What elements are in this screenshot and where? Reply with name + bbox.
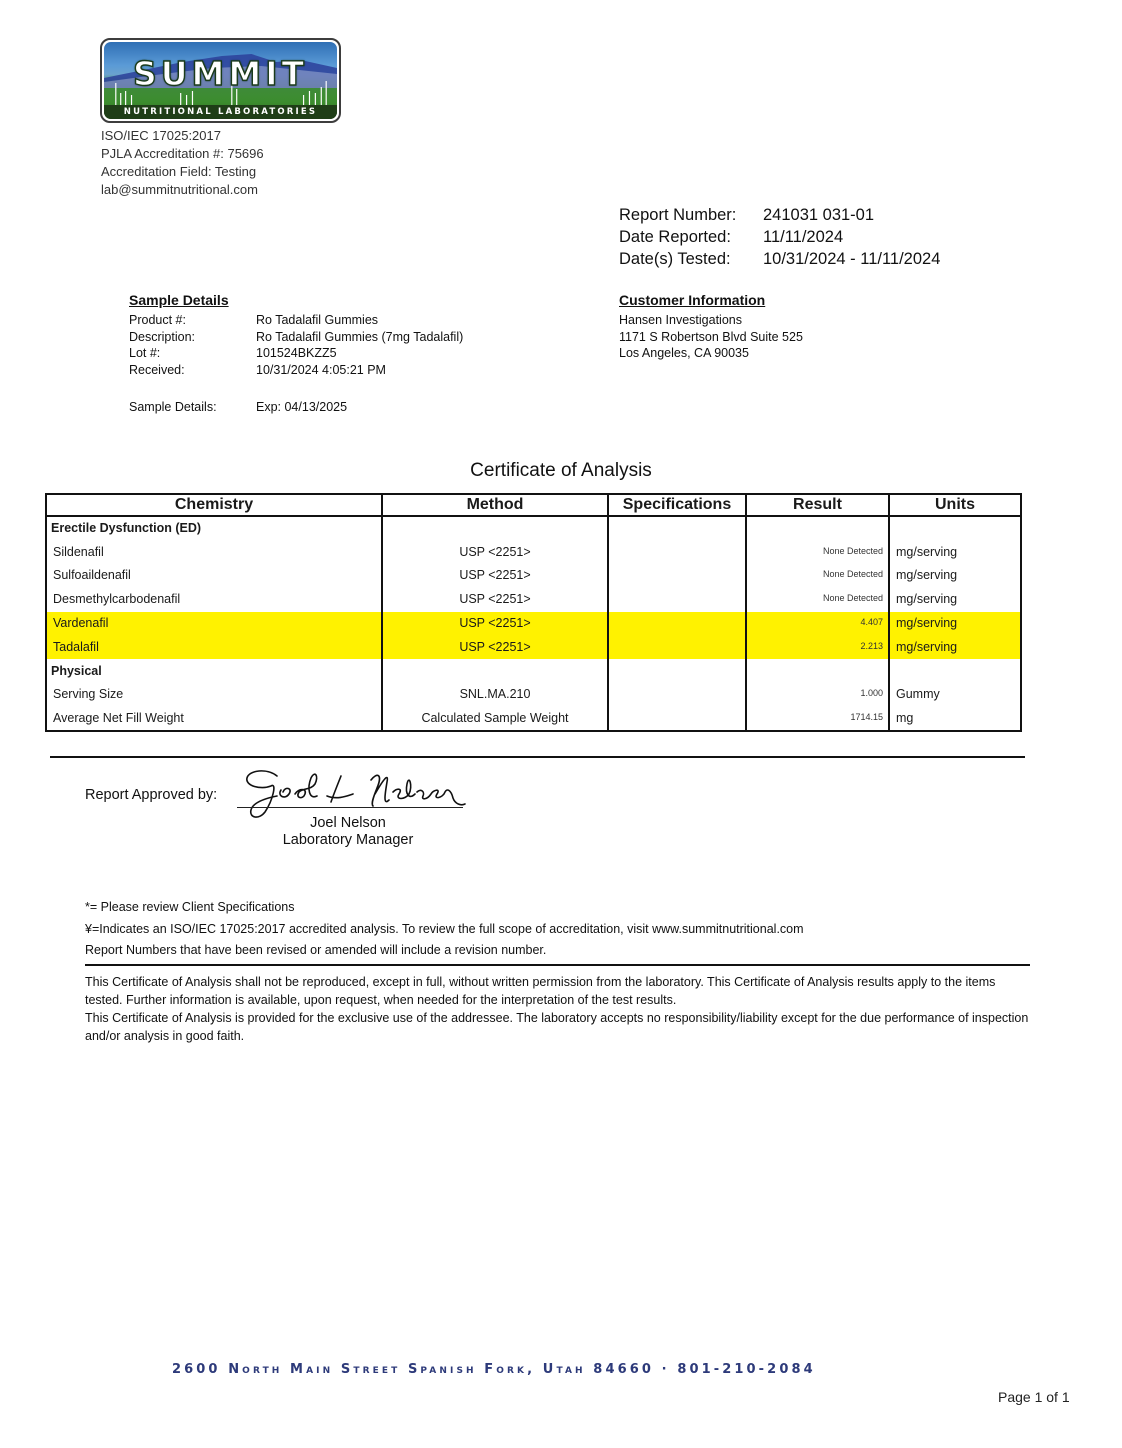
sample-label: Product #: [129,312,256,329]
report-meta: Report Number: 241031 031-01 Date Report… [619,204,940,270]
units: mg [889,707,1021,732]
method: USP <2251> [382,588,608,612]
table-row: SildenafilUSP <2251>None Detectedmg/serv… [46,541,1021,565]
divider [85,964,1030,966]
date-reported-value: 11/11/2024 [763,226,843,248]
group-name: Erectile Dysfunction (ED) [46,516,382,541]
pjla-accreditation: PJLA Accreditation #: 75696 [101,145,264,163]
signer-title: Laboratory Manager [237,832,459,849]
empty-cell [889,659,1021,683]
column-header-units: Units [889,494,1021,516]
sample-value: Ro Tadalafil Gummies (7mg Tadalafil) [256,329,463,346]
certificate-title: Certificate of Analysis [0,460,1122,482]
column-header-method: Method [382,494,608,516]
customer-name: Hansen Investigations [619,312,803,329]
analyte-name: Average Net Fill Weight [46,707,382,732]
specification [608,588,746,612]
units: mg/serving [889,636,1021,660]
sample-details-title: Sample Details [129,292,463,308]
sample-details: Sample Details Product #: Ro Tadalafil G… [129,292,463,416]
approved-by-label: Report Approved by: [85,787,217,803]
method: SNL.MA.210 [382,683,608,707]
date-reported-label: Date Reported: [619,226,763,248]
method: USP <2251> [382,636,608,660]
units: Gummy [889,683,1021,707]
specification [608,541,746,565]
sample-label: Description: [129,329,256,346]
disclaimer-exclusive-use: This Certificate of Analysis is provided… [85,1009,1030,1045]
summit-logo: SUMMIT NUTRITIONAL LABORATORIES [100,38,341,123]
disclaimer-reproduction: This Certificate of Analysis shall not b… [85,973,1030,1009]
report-number-value: 241031 031-01 [763,204,874,226]
dates-tested-label: Date(s) Tested: [619,248,763,270]
date-reported-row: Date Reported: 11/11/2024 [619,226,940,248]
customer-info-title: Customer Information [619,292,803,308]
sample-row-received: Received: 10/31/2024 4:05:21 PM [129,362,463,379]
analyte-name: Desmethylcarbodenafil [46,588,382,612]
customer-city: Los Angeles, CA 90035 [619,345,803,362]
empty-cell [746,659,889,683]
units: mg/serving [889,564,1021,588]
analyte-name: Serving Size [46,683,382,707]
specification [608,564,746,588]
footer-address: 2600 North Main Street Spanish Fork, Uta… [172,1362,816,1377]
signature-icon [237,766,467,822]
notes: *= Please review Client Specifications ¥… [85,897,804,962]
dates-tested-value: 10/31/2024 - 11/11/2024 [763,248,940,270]
table-row: SulfoaildenafilUSP <2251>None Detectedmg… [46,564,1021,588]
specification [608,612,746,636]
divider [50,756,1025,758]
customer-information: Customer Information Hansen Investigatio… [619,292,803,362]
accreditation-field: Accreditation Field: Testing [101,163,264,181]
table-row: TadalafilUSP <2251>2.213mg/serving [46,636,1021,660]
sample-value: Ro Tadalafil Gummies [256,312,378,329]
note-accredited-analysis: ¥=Indicates an ISO/IEC 17025:2017 accred… [85,919,804,941]
note-revision: Report Numbers that have been revised or… [85,940,804,962]
sample-value: 10/31/2024 4:05:21 PM [256,362,386,379]
table-group-row: Erectile Dysfunction (ED) [46,516,1021,541]
result-value: 2.213 [746,636,889,660]
column-header-result: Result [746,494,889,516]
signer-block: Joel Nelson Laboratory Manager [237,815,459,849]
customer-street: 1171 S Robertson Blvd Suite 525 [619,329,803,346]
units: mg/serving [889,588,1021,612]
method: USP <2251> [382,541,608,565]
sample-row-expiry: Sample Details: Exp: 04/13/2025 [129,399,463,416]
table-group-row: Physical [46,659,1021,683]
lab-email[interactable]: lab@summitnutritional.com [101,181,264,199]
result-value: None Detected [746,541,889,565]
specification [608,636,746,660]
empty-cell [382,516,608,541]
lab-accreditation-info: ISO/IEC 17025:2017 PJLA Accreditation #:… [101,127,264,199]
logo-tagline: NUTRITIONAL LABORATORIES [104,105,337,119]
results-table: Chemistry Method Specifications Result U… [45,493,1020,732]
specification [608,707,746,732]
signature-line [237,807,463,808]
dates-tested-row: Date(s) Tested: 10/31/2024 - 11/11/2024 [619,248,940,270]
sample-label: Lot #: [129,345,256,362]
sample-value: 101524BKZZ5 [256,345,337,362]
result-value: 1.000 [746,683,889,707]
units: mg/serving [889,612,1021,636]
analyte-name: Tadalafil [46,636,382,660]
disclaimer: This Certificate of Analysis shall not b… [85,973,1030,1045]
method: USP <2251> [382,564,608,588]
sample-row-description: Description: Ro Tadalafil Gummies (7mg T… [129,329,463,346]
analyte-name: Sildenafil [46,541,382,565]
specification [608,683,746,707]
iso-standard: ISO/IEC 17025:2017 [101,127,264,145]
report-number-row: Report Number: 241031 031-01 [619,204,940,226]
table-row: VardenafilUSP <2251>4.407mg/serving [46,612,1021,636]
result-value: None Detected [746,588,889,612]
empty-cell [608,659,746,683]
analyte-name: Sulfoaildenafil [46,564,382,588]
sample-row-product: Product #: Ro Tadalafil Gummies [129,312,463,329]
method: USP <2251> [382,612,608,636]
logo-wordmark: SUMMIT [104,54,337,93]
method: Calculated Sample Weight [382,707,608,732]
analyte-name: Vardenafil [46,612,382,636]
units: mg/serving [889,541,1021,565]
table-row: Average Net Fill WeightCalculated Sample… [46,707,1021,732]
empty-cell [746,516,889,541]
sample-value: Exp: 04/13/2025 [256,399,347,416]
empty-cell [382,659,608,683]
column-header-chemistry: Chemistry [46,494,382,516]
empty-cell [608,516,746,541]
table-row: DesmethylcarbodenafilUSP <2251>None Dete… [46,588,1021,612]
column-header-specifications: Specifications [608,494,746,516]
sample-label: Received: [129,362,256,379]
table-header-row: Chemistry Method Specifications Result U… [46,494,1021,516]
table-row: Serving SizeSNL.MA.2101.000Gummy [46,683,1021,707]
group-name: Physical [46,659,382,683]
empty-cell [889,516,1021,541]
sample-row-lot: Lot #: 101524BKZZ5 [129,345,463,362]
result-value: None Detected [746,564,889,588]
sample-label: Sample Details: [129,399,256,416]
signer-name: Joel Nelson [237,815,459,832]
result-value: 4.407 [746,612,889,636]
page-number: Page 1 of 1 [998,1389,1070,1405]
result-value: 1714.15 [746,707,889,732]
note-client-specs: *= Please review Client Specifications [85,897,804,919]
results-body: Erectile Dysfunction (ED)SildenafilUSP <… [46,516,1021,731]
report-number-label: Report Number: [619,204,763,226]
